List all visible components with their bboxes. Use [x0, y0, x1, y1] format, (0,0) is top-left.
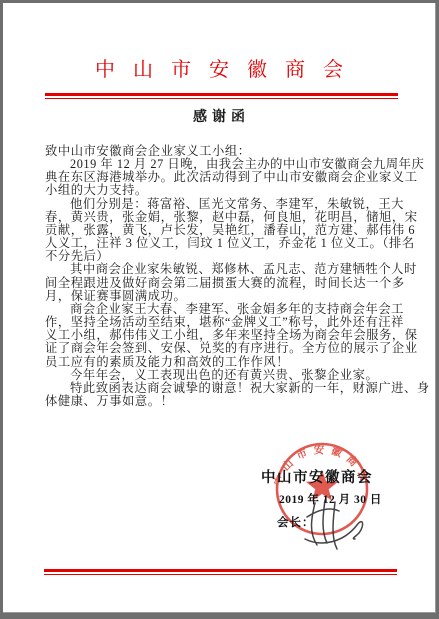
body-line: 其中商会企业家朱敏锐、郑修林、孟凡志、范方建牺牲个人时 [45, 263, 403, 276]
body-line: 间全程跟进及做好商会第二届掼蛋大赛的流程，时间长达一个多 [45, 277, 403, 290]
doc-title: 感谢函 [3, 106, 435, 126]
footer-double-rule [44, 569, 397, 575]
letter-body: 致中山市安徽商会企业家义工小组：2019 年 12 月 27 日晚，由我会主办的… [45, 145, 403, 408]
letter-screenshot: { "page": { "org_title": "中山市安徽商会", "doc… [0, 0, 439, 619]
org-title: 中山市安徽商会 [3, 53, 435, 82]
body-line: 员工应有的素质及能力和高效的工作作风！ [45, 356, 403, 369]
signature-org-name: 中山市安徽商会 [261, 466, 373, 487]
letter-page: 中山市安徽商会 感谢函 致中山市安徽商会企业家义工小组：2019 年 12 月 … [3, 3, 436, 613]
president-handwritten-signature [299, 495, 379, 555]
body-line: 特此致函表达商会诚挚的谢意！祝大家新的一年，财源广进、身 [45, 382, 403, 395]
body-line: 证了商会年会签到、安保、兑奖的有序进行。全方位的展示了企业 [45, 342, 403, 355]
body-line: 今年年会，义工表现出色的还有黄兴贵、张黎企业家。 [45, 369, 403, 382]
body-line: 春，黄兴贵，张金娟，张黎，赵中磊，何良旭，花明昌，储旭，宋 [45, 211, 403, 224]
footer-rule-thin-line [44, 574, 397, 576]
body-line: 月，保证赛事圆满成功。 [45, 290, 403, 303]
body-line: 小组的大力支持。 [45, 184, 403, 197]
header-double-rule [45, 93, 398, 99]
header-rule-thin-line [45, 98, 398, 100]
body-line: 体健康、万事如意。！ [45, 395, 403, 408]
body-line: 他们分别是：蒋富裕、匡光文常务、李建军，朱敏锐，王大 [45, 198, 403, 211]
